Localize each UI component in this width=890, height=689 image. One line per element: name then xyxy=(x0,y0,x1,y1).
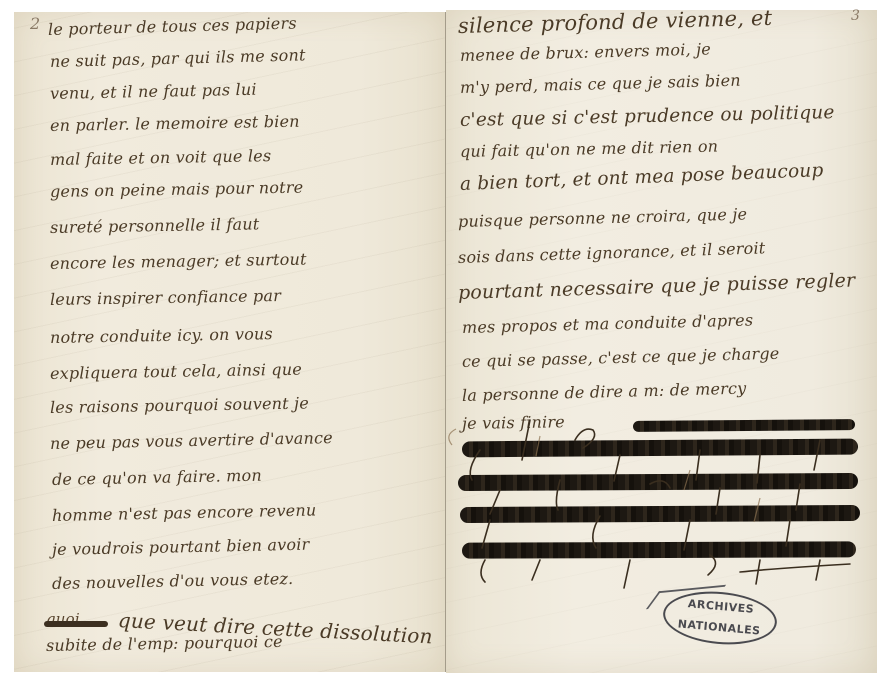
text-line: notre conduite icy. on vous xyxy=(50,324,273,347)
redacted-line xyxy=(633,419,855,432)
text-line: je vais finire xyxy=(462,412,565,433)
redacted-line xyxy=(460,505,860,523)
page-number-left: 2 xyxy=(30,14,40,33)
redacted-line xyxy=(458,473,858,491)
redacted-line xyxy=(462,541,856,558)
redacted-line xyxy=(462,439,858,458)
text-line: leurs inspirer confiance par xyxy=(50,286,281,309)
page-number-right: 3 xyxy=(851,8,860,24)
strike-through-mark xyxy=(44,621,108,627)
page-fold xyxy=(445,12,446,672)
text-line: mal faite et on voit que les xyxy=(50,146,272,169)
text-line: sureté personnelle il faut xyxy=(50,214,260,237)
